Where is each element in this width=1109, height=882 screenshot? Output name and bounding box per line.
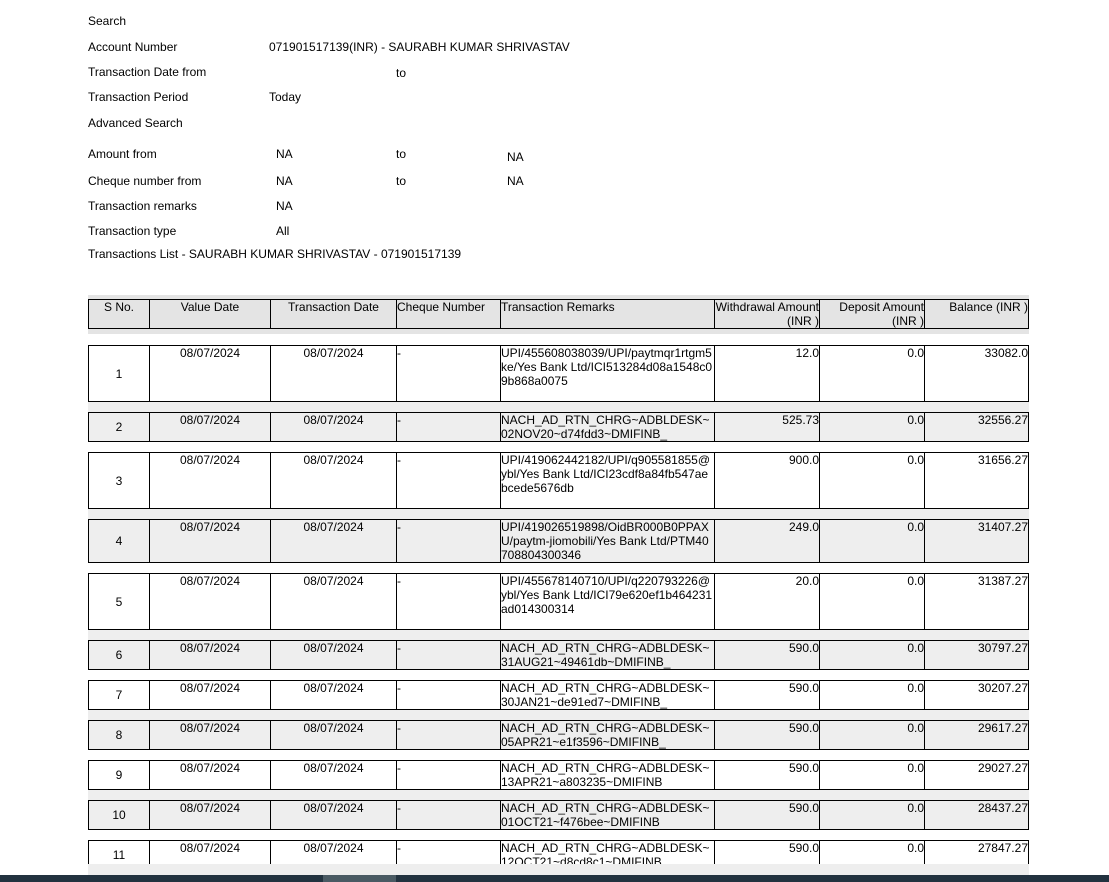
cell-withdrawal: 20.0: [715, 574, 820, 630]
cell-transaction-date: 08/07/2024: [271, 641, 397, 670]
cell-transaction-date: 08/07/2024: [271, 761, 397, 790]
cell-balance: 31656.27: [925, 453, 1029, 509]
table-header: S No. Value Date Transaction Date Cheque…: [88, 295, 1029, 334]
type-label: Transaction type: [88, 224, 176, 238]
cell-cheque-number: -: [397, 681, 501, 710]
cell-cheque-number: -: [397, 520, 501, 563]
cell-cheque-number: -: [397, 641, 501, 670]
cell-value-date: 08/07/2024: [150, 346, 271, 402]
header-transaction-date: Transaction Date: [271, 300, 397, 329]
period-value: Today: [269, 90, 301, 104]
search-title: Search: [88, 14, 126, 28]
cell-balance: 31407.27: [925, 520, 1029, 563]
amount-to-value: NA: [507, 150, 524, 164]
table-footer-band: [88, 864, 1029, 875]
cell-deposit: 0.0: [820, 574, 925, 630]
cheque-to-value: NA: [507, 174, 524, 188]
remarks-label: Transaction remarks: [88, 199, 197, 213]
cell-remarks: NACH_AD_RTN_CHRG~ADBLDESK~31AUG21~49461d…: [501, 641, 715, 670]
transactions-list-title: Transactions List - SAURABH KUMAR SHRIVA…: [88, 247, 461, 261]
account-number-value: 071901517139(INR) - SAURABH KUMAR SHRIVA…: [269, 40, 570, 54]
period-label: Transaction Period: [88, 90, 188, 104]
header-sno: S No.: [89, 300, 150, 329]
cheque-from-value: NA: [276, 174, 293, 188]
cell-withdrawal: 525.73: [715, 413, 820, 442]
row-spacer: [88, 630, 1029, 640]
cell-deposit: 0.0: [820, 681, 925, 710]
advanced-search-title: Advanced Search: [88, 116, 183, 130]
amount-to-label: to: [396, 147, 406, 161]
cell-deposit: 0.0: [820, 641, 925, 670]
row-spacer: [88, 402, 1029, 412]
cell-withdrawal: 590.0: [715, 721, 820, 750]
cell-balance: 28437.27: [925, 801, 1029, 830]
transactions-table: S No. Value Date Transaction Date Cheque…: [88, 295, 1029, 870]
cell-balance: 31387.27: [925, 574, 1029, 630]
cell-cheque-number: -: [397, 346, 501, 402]
cell-deposit: 0.0: [820, 346, 925, 402]
date-to-label: to: [396, 66, 406, 80]
row-spacer: [88, 442, 1029, 452]
cell-remarks: UPI/455678140710/UPI/q220793226@ybl/Yes …: [501, 574, 715, 630]
table-row: 208/07/202408/07/2024-NACH_AD_RTN_CHRG~A…: [88, 412, 1029, 442]
cheque-to-label: to: [396, 174, 406, 188]
cell-withdrawal: 590.0: [715, 641, 820, 670]
cheque-from-label: Cheque number from: [88, 174, 201, 188]
table-row: 1008/07/202408/07/2024-NACH_AD_RTN_CHRG~…: [88, 800, 1029, 830]
cell-sno: 6: [89, 641, 150, 670]
remarks-value: NA: [276, 199, 293, 213]
cell-transaction-date: 08/07/2024: [271, 721, 397, 750]
cell-sno: 3: [89, 453, 150, 509]
cell-transaction-date: 08/07/2024: [271, 574, 397, 630]
cell-cheque-number: -: [397, 574, 501, 630]
cell-deposit: 0.0: [820, 801, 925, 830]
row-spacer: [88, 509, 1029, 519]
cell-sno: 2: [89, 413, 150, 442]
account-number-label: Account Number: [88, 40, 177, 54]
date-from-label: Transaction Date from: [88, 65, 206, 79]
cell-value-date: 08/07/2024: [150, 641, 271, 670]
cell-value-date: 08/07/2024: [150, 453, 271, 509]
cell-withdrawal: 12.0: [715, 346, 820, 402]
header-cheque-number: Cheque Number: [397, 300, 501, 329]
cell-deposit: 0.0: [820, 520, 925, 563]
horizontal-scrollbar[interactable]: [0, 875, 1109, 882]
cell-balance: 32556.27: [925, 413, 1029, 442]
cell-balance: 29027.27: [925, 761, 1029, 790]
cell-remarks: NACH_AD_RTN_CHRG~ADBLDESK~30JAN21~de91ed…: [501, 681, 715, 710]
cell-remarks: UPI/419062442182/UPI/q905581855@ybl/Yes …: [501, 453, 715, 509]
cell-cheque-number: -: [397, 453, 501, 509]
cell-sno: 5: [89, 574, 150, 630]
cell-value-date: 08/07/2024: [150, 681, 271, 710]
amount-from-label: Amount from: [88, 147, 157, 161]
cell-balance: 33082.0: [925, 346, 1029, 402]
cell-sno: 7: [89, 681, 150, 710]
cell-value-date: 08/07/2024: [150, 413, 271, 442]
row-spacer: [88, 830, 1029, 840]
cell-deposit: 0.0: [820, 453, 925, 509]
cell-deposit: 0.0: [820, 761, 925, 790]
cell-remarks: NACH_AD_RTN_CHRG~ADBLDESK~13APR21~a80323…: [501, 761, 715, 790]
cell-transaction-date: 08/07/2024: [271, 520, 397, 563]
table-row: 908/07/202408/07/2024-NACH_AD_RTN_CHRG~A…: [88, 760, 1029, 790]
header-value-date: Value Date: [150, 300, 271, 329]
cell-cheque-number: -: [397, 721, 501, 750]
table-row: 608/07/202408/07/2024-NACH_AD_RTN_CHRG~A…: [88, 640, 1029, 670]
cell-remarks: UPI/455608038039/UPI/paytmqr1rtgm5ke/Yes…: [501, 346, 715, 402]
cell-remarks: NACH_AD_RTN_CHRG~ADBLDESK~05APR21~e1f359…: [501, 721, 715, 750]
table-row: 808/07/202408/07/2024-NACH_AD_RTN_CHRG~A…: [88, 720, 1029, 750]
cell-sno: 10: [89, 801, 150, 830]
cell-sno: 8: [89, 721, 150, 750]
cell-balance: 30207.27: [925, 681, 1029, 710]
table-row: 308/07/202408/07/2024-UPI/419062442182/U…: [88, 452, 1029, 509]
scrollbar-thumb[interactable]: [323, 875, 396, 882]
cell-withdrawal: 249.0: [715, 520, 820, 563]
type-value: All: [276, 224, 289, 238]
cell-value-date: 08/07/2024: [150, 520, 271, 563]
cell-remarks: UPI/419026519898/OidBR000B0PPAXU/paytm-j…: [501, 520, 715, 563]
cell-deposit: 0.0: [820, 413, 925, 442]
cell-remarks: NACH_AD_RTN_CHRG~ADBLDESK~02NOV20~d74fdd…: [501, 413, 715, 442]
cell-withdrawal: 590.0: [715, 761, 820, 790]
cell-cheque-number: -: [397, 413, 501, 442]
cell-transaction-date: 08/07/2024: [271, 801, 397, 830]
header-withdrawal: Withdrawal Amount (INR ): [715, 300, 820, 329]
cell-transaction-date: 08/07/2024: [271, 346, 397, 402]
cell-balance: 29617.27: [925, 721, 1029, 750]
cell-withdrawal: 900.0: [715, 453, 820, 509]
cell-balance: 30797.27: [925, 641, 1029, 670]
cell-transaction-date: 08/07/2024: [271, 413, 397, 442]
cell-value-date: 08/07/2024: [150, 761, 271, 790]
cell-cheque-number: -: [397, 761, 501, 790]
header-balance: Balance (INR ): [925, 300, 1029, 329]
cell-withdrawal: 590.0: [715, 801, 820, 830]
cell-value-date: 08/07/2024: [150, 721, 271, 750]
row-spacer: [88, 334, 1029, 345]
cell-withdrawal: 590.0: [715, 681, 820, 710]
cell-deposit: 0.0: [820, 721, 925, 750]
row-spacer: [88, 790, 1029, 800]
table-row: 508/07/202408/07/2024-UPI/455678140710/U…: [88, 573, 1029, 630]
cell-sno: 9: [89, 761, 150, 790]
table-body: 108/07/202408/07/2024-UPI/455608038039/U…: [88, 334, 1029, 870]
cell-value-date: 08/07/2024: [150, 574, 271, 630]
cell-value-date: 08/07/2024: [150, 801, 271, 830]
row-spacer: [88, 563, 1029, 573]
cell-sno: 1: [89, 346, 150, 402]
cell-transaction-date: 08/07/2024: [271, 453, 397, 509]
cell-sno: 4: [89, 520, 150, 563]
row-spacer: [88, 670, 1029, 680]
table-row: 708/07/202408/07/2024-NACH_AD_RTN_CHRG~A…: [88, 680, 1029, 710]
row-spacer: [88, 710, 1029, 720]
table-row: 408/07/202408/07/2024-UPI/419026519898/O…: [88, 519, 1029, 563]
cell-transaction-date: 08/07/2024: [271, 681, 397, 710]
cell-remarks: NACH_AD_RTN_CHRG~ADBLDESK~01OCT21~f476be…: [501, 801, 715, 830]
cell-cheque-number: -: [397, 801, 501, 830]
table-row: 108/07/202408/07/2024-UPI/455608038039/U…: [88, 345, 1029, 402]
row-spacer: [88, 750, 1029, 760]
header-remarks: Transaction Remarks: [501, 300, 715, 329]
header-deposit: Deposit Amount (INR ): [820, 300, 925, 329]
amount-from-value: NA: [276, 147, 293, 161]
